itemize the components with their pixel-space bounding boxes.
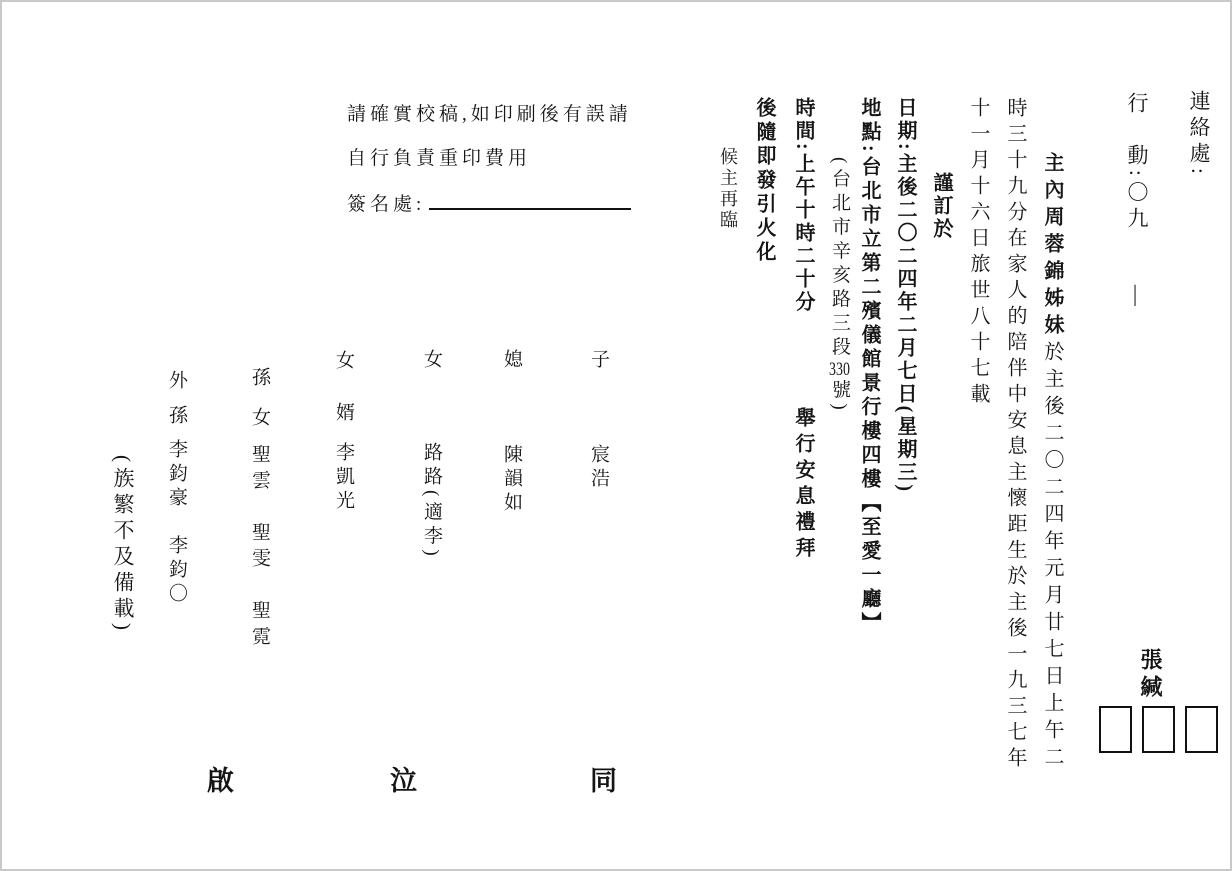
family-names-granddaughters: 聖雲 聖雯 聖霓 bbox=[250, 444, 269, 652]
family-name-daughter-in-law: 陳韻如 bbox=[502, 444, 521, 516]
family-name-son-in-law: 李凱光 bbox=[334, 442, 353, 514]
blank-name-box bbox=[1142, 706, 1175, 753]
family-role-granddaughters: 孫女 bbox=[250, 367, 269, 447]
announcement-line1-rest: 於主後二〇二四年元月廿七日上午二 bbox=[1041, 341, 1063, 773]
announcement-line1: 主內周蓉錦姊妹於主後二〇二四年元月廿七日上午二 bbox=[1042, 152, 1062, 773]
family-etc-note: (族繁不及備載) bbox=[112, 455, 133, 635]
family-role-son-in-law: 女 婿 bbox=[334, 350, 353, 428]
invite-phrase: 謹訂於 bbox=[931, 172, 951, 241]
sender-seal-text: 張緘 bbox=[1139, 648, 1161, 702]
blank-name-box bbox=[1185, 706, 1218, 753]
proof-note-line1: 請確實校稿,如印刷後有誤請 bbox=[347, 105, 632, 124]
family-name-son: 宸浩 bbox=[589, 444, 608, 492]
deceased-name: 主內周蓉錦姊妹 bbox=[1041, 152, 1063, 341]
family-role-daughter-in-law: 媳 bbox=[502, 349, 521, 375]
address-suffix: 號) bbox=[829, 379, 850, 414]
funeral-announcement-sheet: 連絡處: 行 動:〇九 — 張緘 主內周蓉錦姊妹於主後二〇二四年元月廿七日上午二… bbox=[0, 0, 1232, 871]
signoff-char-weeping: 泣 bbox=[390, 768, 417, 795]
proof-note-line2: 自行負責重印費用 bbox=[347, 149, 531, 168]
service-venue-line: 地點:台北市立第二殯儀館景行樓四樓【至愛一廳】 bbox=[859, 97, 879, 636]
service-date-line: 日期:主後二〇二四年二月七日(星期三) bbox=[895, 97, 915, 494]
address-street-number: 330 bbox=[829, 360, 850, 379]
cremation-line: 後隨即發引火化 bbox=[754, 97, 774, 265]
contact-place-label: 連絡處: bbox=[1188, 90, 1209, 179]
contact-mobile-number: 行 動:〇九 — bbox=[1126, 92, 1147, 311]
family-role-daughter: 女 bbox=[422, 349, 441, 375]
signature-row: 簽名處: bbox=[347, 190, 631, 214]
signature-label: 簽名處: bbox=[347, 194, 425, 215]
family-role-son: 子 bbox=[589, 349, 608, 375]
blank-name-box bbox=[1099, 706, 1132, 753]
venue-address-line: (台北市辛亥路三段330號) bbox=[830, 157, 849, 415]
signoff-char-announce: 啟 bbox=[207, 768, 234, 795]
signoff-char-together: 同 bbox=[590, 768, 617, 795]
family-name-daughter: 路路(適李) bbox=[422, 442, 441, 561]
family-names-grandsons: 李鈞豪 李鈞〇 bbox=[167, 439, 186, 607]
service-time-line: 時間:上午十時二十分 bbox=[793, 97, 813, 314]
announcement-line2: 時三十九分在家人的陪伴中安息主懷距生於主後一九三七年 bbox=[1005, 97, 1025, 773]
announcement-line3: 十一月十六日旅世八十七載 bbox=[968, 97, 988, 409]
signature-blank-line bbox=[429, 190, 631, 210]
family-role-grandsons: 外孫 bbox=[167, 370, 186, 440]
await-lord-line: 候主再臨 bbox=[719, 147, 737, 231]
address-prefix: (台北市辛亥路三段 bbox=[829, 157, 850, 360]
service-event-name: 舉行安息禮拜 bbox=[793, 407, 813, 563]
